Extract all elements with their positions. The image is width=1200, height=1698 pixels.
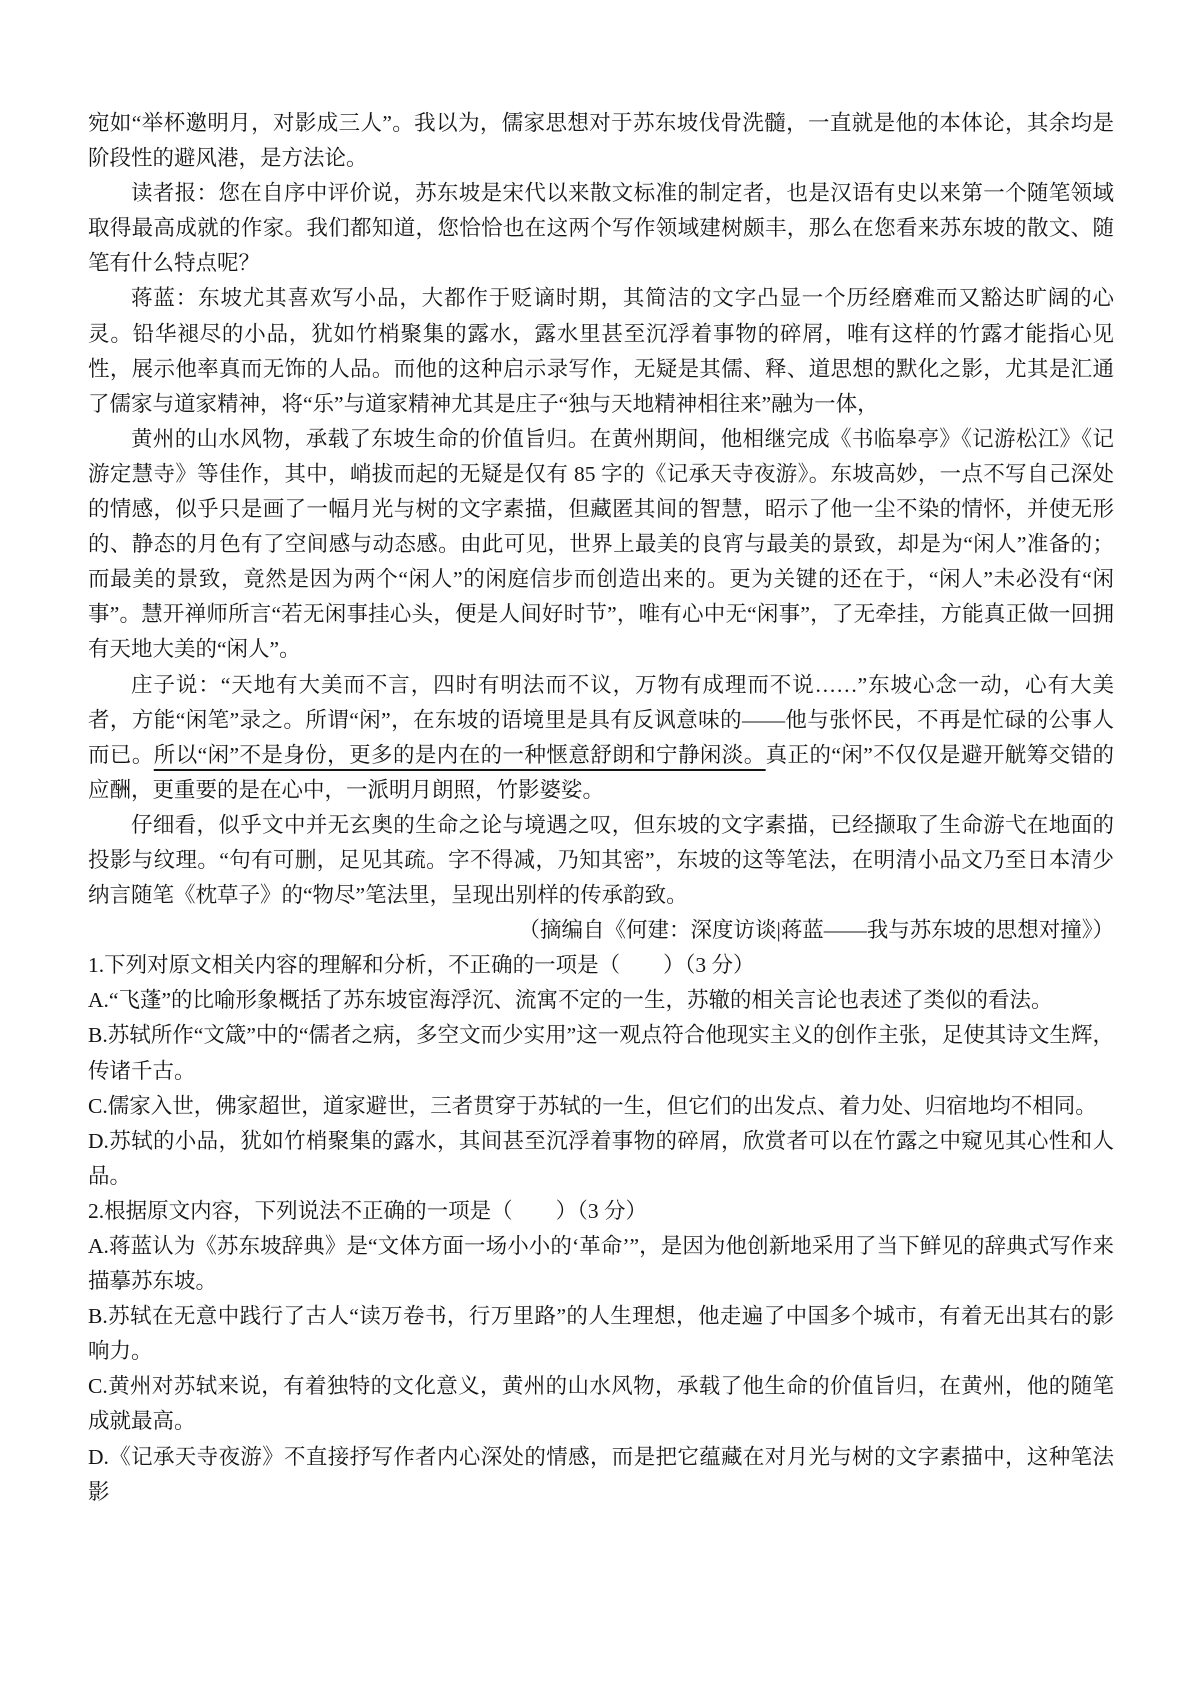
question-2-option-b: B.苏轼在无意中践行了古人“读万卷书，行万里路”的人生理想，他走遍了中国多个城市… bbox=[88, 1299, 1114, 1369]
source-attribution: （摘编自《何建：深度访谈|蒋蓝——我与苏东坡的思想对撞》） bbox=[88, 913, 1114, 948]
question-1-option-d: D.苏轼的小品，犹如竹梢聚集的露水，其间甚至沉浮着事物的碎屑，欣赏者可以在竹露之… bbox=[88, 1124, 1114, 1194]
paragraph-huangzhou: 黄州的山水风物，承载了东坡生命的价值旨归。在黄州期间，他相继完成《书临皋亭》《记… bbox=[88, 422, 1114, 668]
paragraph-continuation: 宛如“举杯邀明月，对影成三人”。我以为，儒家思想对于苏东坡伐骨洗髓，一直就是他的… bbox=[88, 106, 1114, 176]
question-2-option-a: A.蒋蓝认为《苏东坡辞典》是“文体方面一场小小的‘革命’”，是因为他创新地采用了… bbox=[88, 1229, 1114, 1299]
question-1-stem: 1.下列对原文相关内容的理解和分析，不正确的一项是（ ）（3 分） bbox=[88, 948, 1114, 983]
paragraph-reader-question: 读者报：您在自序中评价说，苏东坡是宋代以来散文标准的制定者，也是汉语有史以来第一… bbox=[88, 176, 1114, 281]
question-2-option-c: C.黄州对苏轼来说，有着独特的文化意义，黄州的山水风物，承载了他生命的价值旨归，… bbox=[88, 1369, 1114, 1439]
document-page: 宛如“举杯邀明月，对影成三人”。我以为，儒家思想对于苏东坡伐骨洗髓，一直就是他的… bbox=[0, 0, 1200, 1698]
paragraph-jianglan-answer: 蒋蓝：东坡尤其喜欢写小品，大都作于贬谪时期，其简洁的文字凸显一个历经磨难而又豁达… bbox=[88, 281, 1114, 421]
question-1: 1.下列对原文相关内容的理解和分析，不正确的一项是（ ）（3 分） A.“飞蓬”… bbox=[88, 948, 1114, 1194]
question-2-stem: 2.根据原文内容，下列说法不正确的一项是（ ）（3 分） bbox=[88, 1194, 1114, 1229]
paragraph-zhuangzi: 庄子说：“天地有大美而不言，四时有明法而不议，万物有成理而不说……”东坡心念一动… bbox=[88, 668, 1114, 808]
underlined-sentence: 所以“闲”不是身份，更多的是内在的一种惬意舒朗和宁静闲淡。 bbox=[154, 743, 766, 767]
question-1-option-a: A.“飞蓬”的比喻形象概括了苏东坡宦海浮沉、流寓不定的一生，苏辙的相关言论也表述… bbox=[88, 983, 1114, 1018]
passage-body: 宛如“举杯邀明月，对影成三人”。我以为，儒家思想对于苏东坡伐骨洗髓，一直就是他的… bbox=[88, 106, 1114, 1510]
question-1-option-b: B.苏轼所作“文箴”中的“儒者之病，多空文而少实用”这一观点符合他现实主义的创作… bbox=[88, 1018, 1114, 1088]
question-2: 2.根据原文内容，下列说法不正确的一项是（ ）（3 分） A.蒋蓝认为《苏东坡辞… bbox=[88, 1194, 1114, 1510]
question-2-option-d: D.《记承天寺夜游》不直接抒写作者内心深处的情感，而是把它蕴藏在对月光与树的文字… bbox=[88, 1440, 1114, 1510]
paragraph-closing: 仔细看，似乎文中并无玄奥的生命之论与境遇之叹，但东坡的文字素描，已经撷取了生命游… bbox=[88, 808, 1114, 913]
question-1-option-c: C.儒家入世，佛家超世，道家避世，三者贯穿于苏轼的一生，但它们的出发点、着力处、… bbox=[88, 1089, 1114, 1124]
